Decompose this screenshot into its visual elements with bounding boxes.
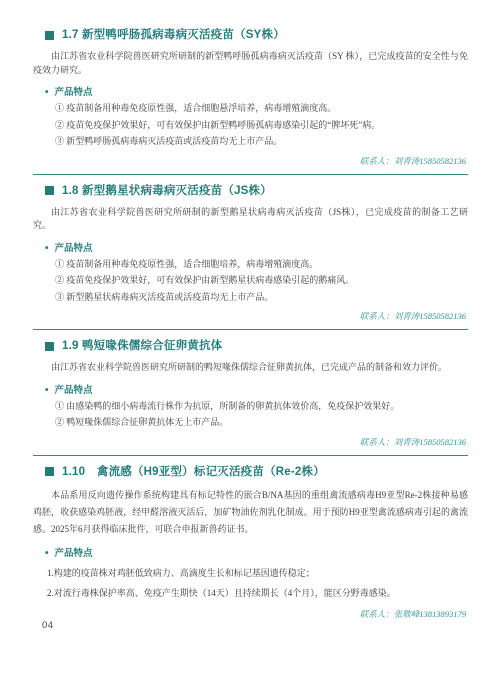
section-1-7: 1.7 新型鸭呼肠孤病毒病灭活疫苗（SY株） 由江苏省农业科学院兽医研究所研制的… [33,28,468,175]
section-1-10: 1.10 禽流感（H9亚型）标记灭活疫苗（Re-2株） 本品系用反向遗传操作系统… [33,465,468,620]
contact-line: 联系人：刘青涛15850582136 [33,310,468,322]
section-heading: 1.7 新型鸭呼肠孤病毒病灭活疫苗（SY株） [45,28,468,42]
section-intro: 由江苏省农业科学院兽医研究所研制的新型鹅星状病毒病灭活疫苗（JS株），已完成疫苗… [33,206,468,233]
feature-item: ② 鸭短喙侏儒综合征卵黄抗体无上市产品。 [55,416,468,430]
features-heading: • 产品特点 [45,242,468,255]
page-number: 04 [42,620,54,631]
square-bullet-icon [45,342,54,351]
section-intro: 由江苏省农业科学院兽医研究所研制的新型鸭呼肠孤病毒病灭活疫苗（SY 株），已完成… [33,50,468,77]
features-title: 产品特点 [55,547,93,560]
section-1-8: 1.8 新型鹅星状病毒病灭活疫苗（JS株） 由江苏省农业科学院兽医研究所研制的新… [33,184,468,331]
contact-line: 联系人：刘青涛15850582136 [33,155,468,167]
square-bullet-icon [45,31,54,40]
feature-item: 1.构建的疫苗株对鸡胚低致病力、高滴度生长和标记基因遗传稳定； [47,566,468,580]
feature-item: 2.对流行毒株保护率高、免疫产生期快（14天）且持续期长（4个月），能区分野毒感… [47,586,468,600]
square-bullet-icon [45,467,54,476]
section-divider [33,455,468,456]
dot-bullet-icon: • [45,86,49,99]
contact-line: 联系人：刘青涛15850582136 [33,436,468,448]
dot-bullet-icon: • [45,547,49,560]
section-heading: 1.8 新型鹅星状病毒病灭活疫苗（JS株） [45,184,468,198]
section-intro: 由江苏省农业科学院兽医研究所研制的鸭短喙侏儒综合征卵黄抗体，已完成产品的制备和效… [33,361,468,375]
document-page: 1.7 新型鸭呼肠孤病毒病灭活疫苗（SY株） 由江苏省农业科学院兽医研究所研制的… [0,0,500,678]
section-title: 1.9 鸭短喙侏儒综合征卵黄抗体 [62,339,222,353]
section-heading: 1.10 禽流感（H9亚型）标记灭活疫苗（Re-2株） [45,465,468,479]
section-title: 1.7 新型鸭呼肠孤病毒病灭活疫苗（SY株） [62,28,285,42]
section-heading: 1.9 鸭短喙侏儒综合征卵黄抗体 [45,339,468,353]
feature-item: ② 疫苗免疫保护效果好，可有效保护由新型鹅星状病毒感染引起的鹅痛风。 [55,274,468,288]
features-title: 产品特点 [55,384,93,397]
section-divider [33,329,468,330]
section-intro: 本品系用反向遗传操作系统构建具有标记特性的嵌合B/NA基因的重组禽流感病毒H9亚… [33,487,468,538]
section-title: 1.8 新型鹅星状病毒病灭活疫苗（JS株） [62,184,272,198]
dot-bullet-icon: • [45,384,49,397]
feature-item: ① 疫苗制备用种毒免疫原性强，适合细胞悬浮培养，病毒增殖滴度高。 [55,102,468,116]
features-title: 产品特点 [55,86,93,99]
features-heading: • 产品特点 [45,547,468,560]
feature-item: ③ 新型鹅星状病毒病灭活疫苗或活疫苗均无上市产品。 [55,291,468,305]
feature-item: ① 由感染鸭的细小病毒流行株作为抗原，所制备的卵黄抗体效价高，免疫保护效果好。 [55,400,468,414]
features-heading: • 产品特点 [45,384,468,397]
features-title: 产品特点 [55,242,93,255]
feature-item: ③ 新型鸭呼肠孤病毒病灭活疫苗或活疫苗均无上市产品。 [55,135,468,149]
section-title: 1.10 禽流感（H9亚型）标记灭活疫苗（Re-2株） [62,465,325,479]
page-content: 1.7 新型鸭呼肠孤病毒病灭活疫苗（SY株） 由江苏省农业科学院兽医研究所研制的… [0,0,500,620]
feature-item: ② 疫苗免疫保护效果好，可有效保护由新型鸭呼肠孤病毒感染引起的“脾坏死”病。 [55,119,468,133]
contact-line: 联系人：张敬峰13813893179 [33,608,468,620]
feature-item: ① 疫苗制备用种毒免疫原性强，适合细胞培养，病毒增殖滴度高。 [55,258,468,272]
dot-bullet-icon: • [45,242,49,255]
section-divider [33,174,468,175]
section-1-9: 1.9 鸭短喙侏儒综合征卵黄抗体 由江苏省农业科学院兽医研究所研制的鸭短喙侏儒综… [33,339,468,456]
features-heading: • 产品特点 [45,86,468,99]
square-bullet-icon [45,186,54,195]
